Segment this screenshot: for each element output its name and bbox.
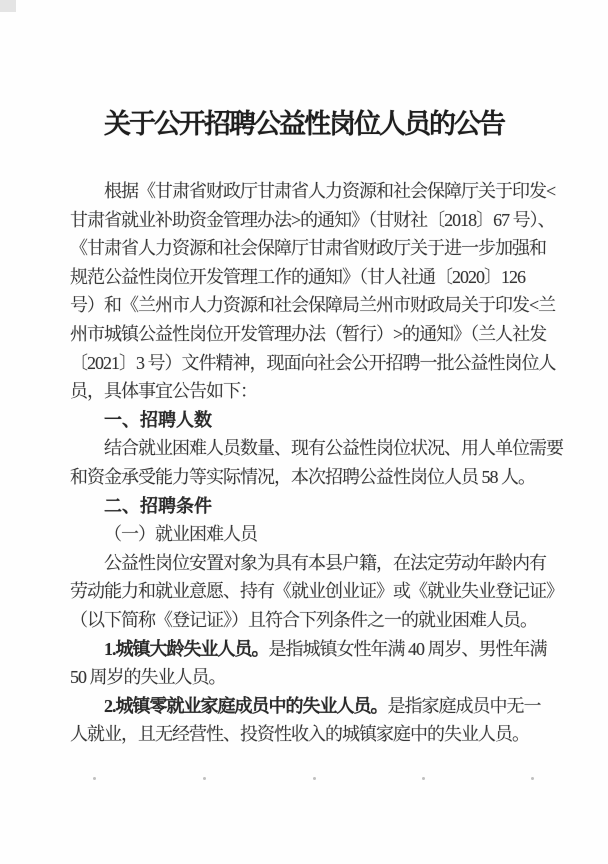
scan-dot [313, 777, 316, 780]
scan-dot [531, 777, 534, 780]
section-heading-recruit-conditions: 二、招聘条件 [70, 492, 546, 521]
paragraph-line: 根据《甘肃省财政厅甘肃省人力资源和社会保障厅关于印发< [70, 177, 546, 206]
scan-dot [422, 777, 425, 780]
paragraph-line: 劳动能力和就业意愿、持有《就业创业证》或《就业失业登记证》 [70, 577, 546, 606]
list-item-2-label: 2.城镇零就业家庭成员中的失业人员。 [104, 696, 388, 716]
paragraph-line: 号）和《兰州市人力资源和社会保障局兰州市财政局关于印发<兰 [70, 291, 546, 320]
paragraph-line: 公益性岗位安置对象为具有本县户籍，在法定劳动年龄内有 [70, 549, 546, 578]
paragraph-line: 50 周岁的失业人员。 [70, 663, 546, 692]
list-item-1: 1.城镇大龄失业人员。是指城镇女性年满 40 周岁、男性年满 [70, 635, 546, 664]
paragraph-line: 规范公益性岗位开发管理工作的通知》（甘人社通〔2020〕126 [70, 263, 546, 292]
list-item-2-text: 是指家庭成员中无一 [388, 696, 541, 716]
scan-corner-smudge [0, 0, 16, 12]
paragraph-line: 员，具体事宜公告如下： [70, 377, 546, 406]
scan-dot [203, 777, 206, 780]
document-title: 关于公开招聘公益性岗位人员的公告 [0, 104, 608, 144]
paragraph-line: 人就业，且无经营性、投资性收入的城镇家庭中的失业人员。 [70, 720, 546, 749]
section-heading-recruit-count: 一、招聘人数 [70, 406, 546, 435]
paragraph-line: （以下简称《登记证》）且符合下列条件之一的就业困难人员。 [70, 606, 546, 635]
paragraph-line: 《甘肃省人力资源和社会保障厅甘肃省财政厅关于进一步加强和 [70, 234, 546, 263]
document-page: 关于公开招聘公益性岗位人员的公告 根据《甘肃省财政厅甘肃省人力资源和社会保障厅关… [0, 0, 608, 864]
list-item-1-text: 是指城镇女性年满 40 周岁、男性年满 [269, 639, 547, 659]
paragraph-line: 〔2021〕3 号）文件精神，现面向社会公开招聘一批公益性岗位人 [70, 349, 546, 378]
paragraph-line: 州市城镇公益性岗位开发管理办法（暂行）>的通知》（兰人社发 [70, 320, 546, 349]
scan-dot [93, 777, 96, 780]
paragraph-line: 甘肃省就业补助资金管理办法>的通知》（甘财社〔2018〕67 号）、 [70, 206, 546, 235]
list-item-2: 2.城镇零就业家庭成员中的失业人员。是指家庭成员中无一 [70, 692, 546, 721]
list-item-1-label: 1.城镇大龄失业人员。 [104, 639, 269, 659]
paragraph-line: 结合就业困难人员数量、现有公益性岗位状况、用人单位需要 [70, 434, 546, 463]
paragraph-line: 和资金承受能力等实际情况，本次招聘公益性岗位人员 58 人。 [70, 463, 546, 492]
subsection-heading-employment-difficulty: （一）就业困难人员 [70, 520, 546, 549]
document-body: 根据《甘肃省财政厅甘肃省人力资源和社会保障厅关于印发< 甘肃省就业补助资金管理办… [70, 177, 546, 749]
